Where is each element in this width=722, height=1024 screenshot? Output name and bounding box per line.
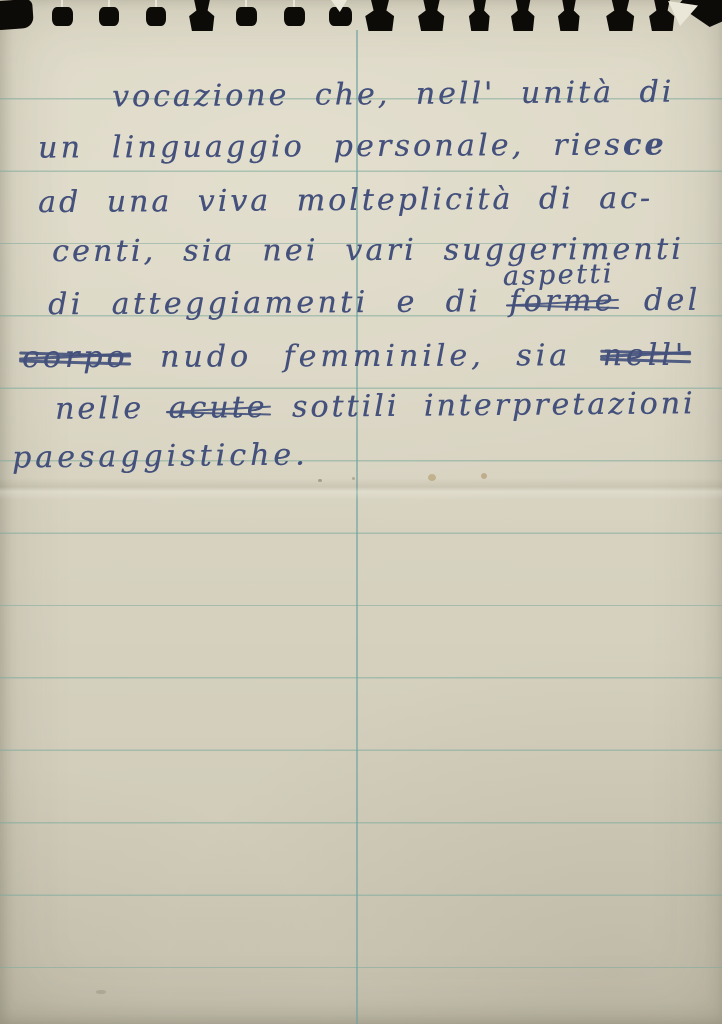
torn-perforation-hole [0, 0, 34, 30]
perforation-hole [52, 7, 73, 26]
struck-word: formeaspetti [509, 283, 616, 319]
text-segment: nudo femminile, sia [128, 338, 602, 375]
handwritten-line-8: paesaggistiche. [12, 432, 309, 481]
inserted-correction-word: aspetti [502, 251, 614, 300]
text-segment: del [616, 283, 701, 319]
torn-perforation-hole [605, 0, 636, 31]
torn-perforation-hole [417, 0, 446, 31]
text-segment: un linguaggio personale, ries [38, 128, 623, 166]
handwritten-line-7: nelle acute sottili interpretazioni [55, 381, 696, 433]
text-segment: sottili interpretazioni [267, 386, 695, 425]
torn-perforation-hole [188, 0, 216, 31]
perforation-strip [0, 0, 722, 44]
text-segment: nelle [55, 391, 169, 427]
notebook-page: vocazione che, nell' unità di un linguag… [0, 0, 722, 1024]
torn-perforation-hole [510, 0, 536, 31]
perforation-hole [99, 7, 119, 26]
text-segment: paesaggistiche. [12, 437, 309, 475]
handwritten-text-block: vocazione che, nell' unità di un linguag… [0, 0, 722, 1024]
text-segment: vocazione che, nell' unità di [112, 75, 675, 115]
torn-perforation-hole [557, 0, 581, 31]
handwritten-line-6: corpo nudo femminile, sia nell' [22, 333, 687, 381]
handwritten-line-3: ad una viva molteplicità di ac- [38, 176, 653, 226]
handwritten-line-1: vocazione che, nell' unità di [112, 70, 675, 121]
struck-word: acute [168, 390, 267, 426]
text-segment: di atteggiamenti e di [48, 284, 509, 322]
perforation-hole [236, 7, 257, 26]
torn-perforation-hole [364, 0, 396, 31]
struck-word: nell' [602, 338, 687, 373]
struck-word: corpo [22, 340, 129, 375]
handwritten-line-2: un linguaggio personale, riesce [38, 122, 667, 171]
perforation-hole [146, 7, 166, 26]
text-segment: ad una viva molteplicità di ac- [38, 181, 653, 220]
torn-perforation-hole [468, 0, 491, 31]
handwritten-line-5: di atteggiamenti e di formeaspetti del [48, 278, 701, 329]
perforation-hole [284, 7, 305, 26]
retraced-text-segment: ce [623, 127, 667, 162]
